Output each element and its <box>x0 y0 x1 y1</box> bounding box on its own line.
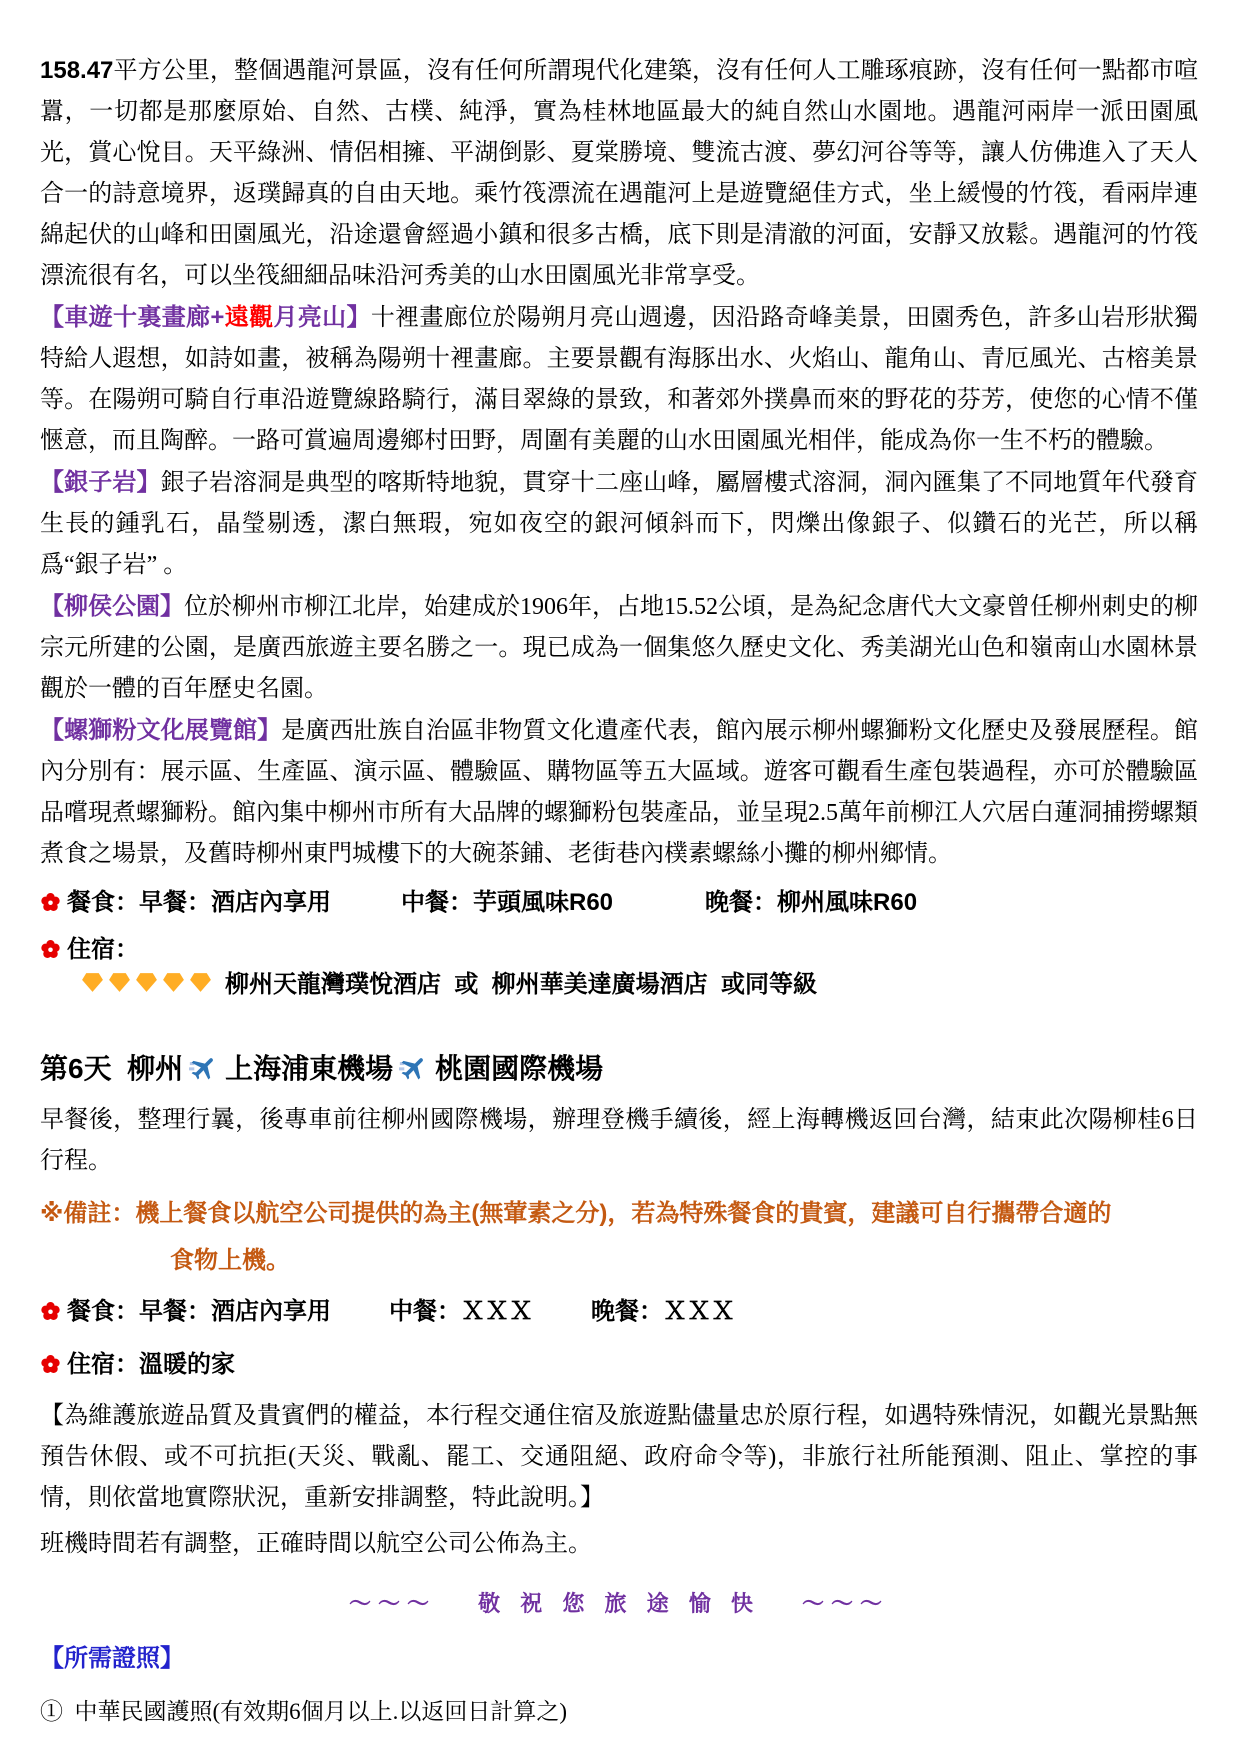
gem-icon <box>80 971 105 1003</box>
meals-day5-dinner: 晚餐：柳州風味R60 <box>705 889 917 916</box>
luosifen-museum-paragraph: 【螺獅粉文化展覽館】是廣西壯族自治區非物質文化遺產代表，館內展示柳州螺獅粉文化歷… <box>40 710 1198 875</box>
gem-icon <box>188 971 213 1003</box>
day6-header: 第6天 柳州上海浦東機場桃園國際機場 <box>40 1047 1198 1090</box>
wish-line: ～～～ 敬 祝 您 旅 途 愉 快 ～～～ <box>40 1587 1198 1618</box>
remark-block: ※備註：機上餐食以航空公司提供的為主(無葷素之分)，若為特殊餐食的貴賓，建議可自… <box>40 1190 1198 1284</box>
hotel-day6-label: 住宿：溫暖的家 <box>67 1351 235 1378</box>
meals-day6-breakfast: 餐食：早餐：酒店內享用 <box>67 1298 331 1325</box>
gem-icon <box>134 971 159 1003</box>
tenmile-gallery-paragraph: 【車遊十裏畫廊+遠觀月亮山】十裡畫廊位於陽朔月亮山週邊，因沿路奇峰美景，田園秀色… <box>40 297 1198 462</box>
remark-line1: ※備註：機上餐食以航空公司提供的為主(無葷素之分)，若為特殊餐食的貴賓，建議可自… <box>40 1190 1198 1237</box>
hotel-day5-names: 柳州天龍灣璞悅酒店 或 柳州華美達廣場酒店 或同等級 <box>225 971 817 998</box>
hotel-day5-label: 住宿： <box>67 936 139 963</box>
itinerary-page: 158.47平方公里，整個遇龍河景區，沒有任何所謂現代化建築，沒有任何人工雕琢痕… <box>0 0 1240 1726</box>
tenmile-title-red: 遠觀 <box>224 304 273 331</box>
silver-cave-body: 銀子岩溶洞是典型的喀斯特地貌，貫穿十二座山峰，屬層樓式溶洞，洞內匯集了不同地質年… <box>40 470 1198 578</box>
day6-paragraph: 早餐後，整理行曩，後專車前往柳州國際機場，辦理登機手續後，經上海轉機返回台灣，結… <box>40 1100 1198 1182</box>
day6-leg1: 上海浦東機場 <box>225 1053 393 1084</box>
liuhou-park-title: 【柳侯公園】 <box>40 593 184 620</box>
hotel-day5-line: 住宿： 柳州天龍灣璞悅酒店 或 柳州華美達廣場酒店 或同等級 <box>40 934 1198 1003</box>
docs-item-passport: ① 中華民國護照(有效期6個月以上.以返回日計算之) <box>40 1693 1198 1726</box>
meals-day5-lunch: 中餐：芋頭風味R60 <box>401 889 613 916</box>
flower-icon <box>40 890 61 922</box>
silver-cave-title: 【銀子岩】 <box>40 469 161 496</box>
gem-icon <box>161 971 186 1003</box>
flower-icon <box>40 1352 61 1384</box>
meals-day5-breakfast: 餐食：早餐：酒店內享用 <box>67 889 331 916</box>
meals-day5-line: 餐食：早餐：酒店內享用中餐：芋頭風味R60晚餐：柳州風味R60 <box>40 887 1198 922</box>
tenmile-title-tail: 月亮山】 <box>273 304 370 331</box>
day6-label: 第6天 柳州 <box>40 1053 183 1084</box>
flower-icon <box>40 937 61 969</box>
flower-icon <box>40 1299 61 1331</box>
meals-day6-dinner: 晚餐：ＸＸＸ <box>591 1298 735 1325</box>
airplane-icon <box>399 1053 429 1090</box>
airplane-icon <box>189 1053 219 1090</box>
meals-day6-line: 餐食：早餐：酒店內享用中餐：ＸＸＸ晚餐：ＸＸＸ <box>40 1296 1198 1331</box>
intro-text: 平方公里，整個遇龍河景區，沒有任何所謂現代化建築，沒有任何人工雕琢痕跡，沒有任何… <box>40 58 1198 289</box>
flight-note: 班機時間若有調整，正確時間以航空公司公佈為主。 <box>40 1524 1198 1565</box>
meals-day6-lunch: 中餐：ＸＸＸ <box>389 1298 533 1325</box>
intro-paragraph: 158.47平方公里，整個遇龍河景區，沒有任何所謂現代化建築，沒有任何人工雕琢痕… <box>40 50 1198 297</box>
tenmile-title: 【車遊十裏畫廊+ <box>40 304 224 331</box>
remark-line2: 食物上機。 <box>40 1237 1198 1284</box>
luosifen-museum-title: 【螺獅粉文化展覽館】 <box>40 717 281 744</box>
day6-leg2: 桃園國際機場 <box>435 1053 603 1084</box>
hotel-day6-line: 住宿：溫暖的家 <box>40 1349 1198 1384</box>
gem-icon <box>107 971 132 1003</box>
disclaimer-paragraph: 【為維護旅遊品質及貴賓們的權益，本行程交通住宿及旅遊點儘量忠於原行程，如遇特殊情… <box>40 1396 1198 1519</box>
liuhou-park-body: 位於柳州市柳江北岸，始建成於1906年，占地15.52公頃，是為紀念唐代大文豪曾… <box>40 594 1198 702</box>
docs-title: 【所需證照】 <box>40 1638 1198 1673</box>
liuhou-park-paragraph: 【柳侯公園】位於柳州市柳江北岸，始建成於1906年，占地15.52公頃，是為紀念… <box>40 586 1198 710</box>
silver-cave-paragraph: 【銀子岩】銀子岩溶洞是典型的喀斯特地貌，貫穿十二座山峰，屬層樓式溶洞，洞內匯集了… <box>40 462 1198 586</box>
area-number: 158.47 <box>40 57 113 84</box>
